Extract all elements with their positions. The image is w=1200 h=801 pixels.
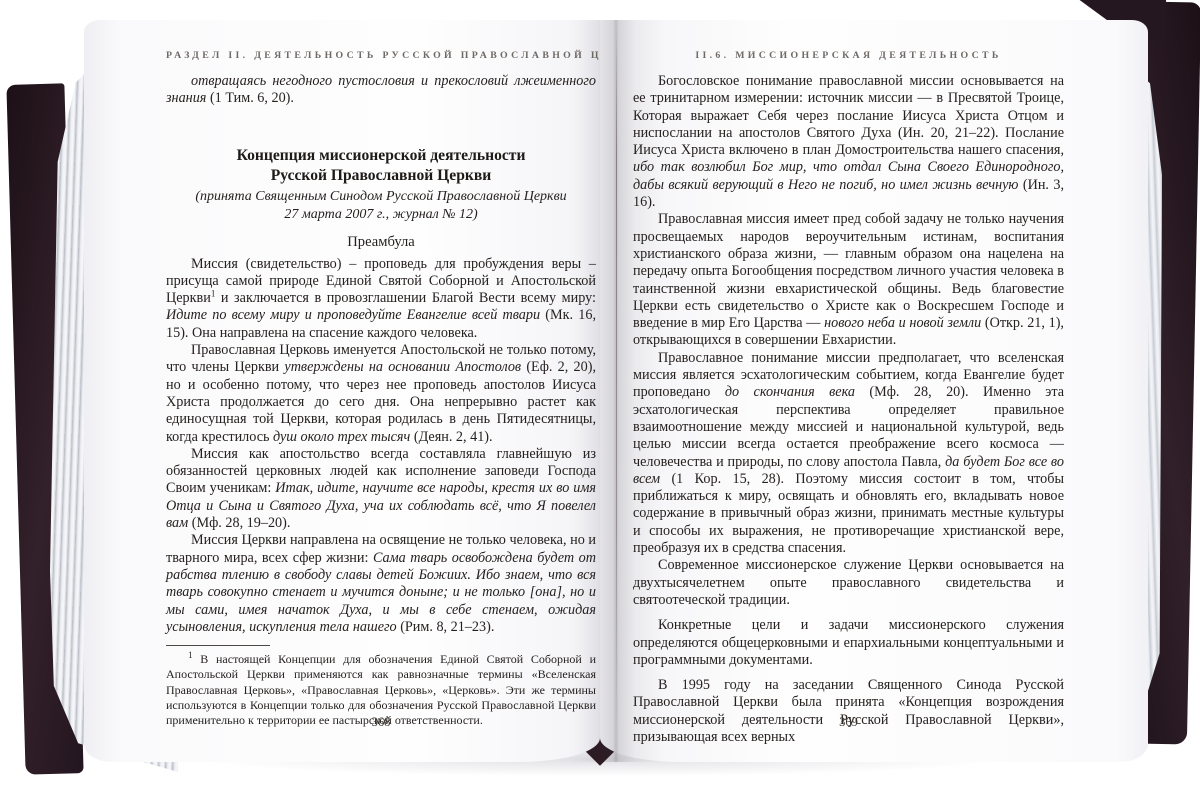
right-page-content: II.6. МИССИОНЕРСКАЯ ДЕЯТЕЛЬНОСТЬ Богосло… [633,50,1064,762]
document-subtitle: (принята Священным Синодом Русской Право… [166,188,596,224]
text-run: (Деян. 2, 41). [410,429,492,445]
text-run: (1 Тим. 6, 20). [206,90,294,106]
left-page-number: 368 [166,715,596,730]
paragraph: Православная Церковь именуется Апостольс… [166,342,596,446]
italic-text-run: душ около трех тысяч [273,429,410,445]
right-page-number: 369 [633,715,1064,730]
title-line-2: Русской Православной Церкви [271,167,492,184]
text-run: (Рим. 8, 21–23). [397,619,495,635]
text-run: В 1995 году на заседании Священного Сино… [633,677,1064,745]
right-running-head: II.6. МИССИОНЕРСКАЯ ДЕЯТЕЛЬНОСТЬ [633,50,1064,61]
left-running-head: РАЗДЕЛ II. ДЕЯТЕЛЬНОСТЬ РУССКОЙ ПРАВОСЛА… [166,50,596,61]
book-photo: РАЗДЕЛ II. ДЕЯТЕЛЬНОСТЬ РУССКОЙ ПРАВОСЛА… [0,0,1200,801]
text-run: и заключается в провозглашении Благой Ве… [215,290,596,306]
paragraph: Конкретные цели и задачи миссионерского … [633,617,1064,669]
paragraph: Православная миссия имеет пред собой зад… [633,211,1064,349]
paragraph: Миссия Церкви направлена на освящение не… [166,532,596,636]
text-run: Богословское понимание православной мисс… [633,73,1064,158]
paragraph: отвращаясь негодного пустословия и преко… [166,73,596,108]
paragraph: Православное понимание миссии предполага… [633,350,1064,558]
footnote-rule [166,645,270,646]
title-line-1: Концепция миссионерской деятельности [237,147,526,164]
left-body-paragraphs: Миссия (свидетельство) – проповедь для п… [166,256,596,637]
left-page: РАЗДЕЛ II. ДЕЯТЕЛЬНОСТЬ РУССКОЙ ПРАВОСЛА… [84,20,600,762]
italic-text-run: Идите по всему миру и проповедуйте Еванг… [166,307,540,323]
carryover-paragraph: отвращаясь негодного пустословия и преко… [166,73,596,108]
paragraph: Богословское понимание православной мисс… [633,73,1064,211]
right-page: II.6. МИССИОНЕРСКАЯ ДЕЯТЕЛЬНОСТЬ Богосло… [600,20,1148,762]
document-title: Концепция миссионерской деятельности Рус… [166,146,596,186]
right-body-paragraphs: Богословское понимание православной мисс… [633,73,1064,746]
text-run: Конкретные цели и задачи миссионерского … [633,617,1064,668]
italic-text-run: до скончания века [725,384,855,400]
italic-text-run: утверждены на основании Апостолов [284,359,521,375]
section-heading: Преамбула [166,234,596,251]
paragraph: Современное миссионерское служение Церкв… [633,557,1064,609]
subtitle-line-1: (принята Священным Синодом Русской Право… [195,189,566,204]
open-spread: РАЗДЕЛ II. ДЕЯТЕЛЬНОСТЬ РУССКОЙ ПРАВОСЛА… [84,20,1148,762]
italic-text-run: ибо так возлюбил Бог мир, что отдал Сына… [633,159,1064,192]
paragraph: Миссия как апостольство всегда составлял… [166,446,596,532]
gutter-line [616,28,617,728]
text-run: Православная миссия имеет пред собой зад… [633,211,1064,331]
italic-text-run: нового неба и новой земли [824,315,981,331]
paragraph: В 1995 году на заседании Священного Сино… [633,677,1064,746]
text-run: (1 Кор. 15, 28). Поэтому миссия состоит … [633,471,1064,556]
paragraph: Миссия (свидетельство) – проповедь для п… [166,256,596,342]
subtitle-line-2: 27 марта 2007 г., журнал № 12) [284,207,477,222]
left-page-content: РАЗДЕЛ II. ДЕЯТЕЛЬНОСТЬ РУССКОЙ ПРАВОСЛА… [166,50,596,762]
text-run: Современное миссионерское служение Церкв… [633,557,1064,608]
text-run: (Мф. 28, 19–20). [188,515,290,531]
